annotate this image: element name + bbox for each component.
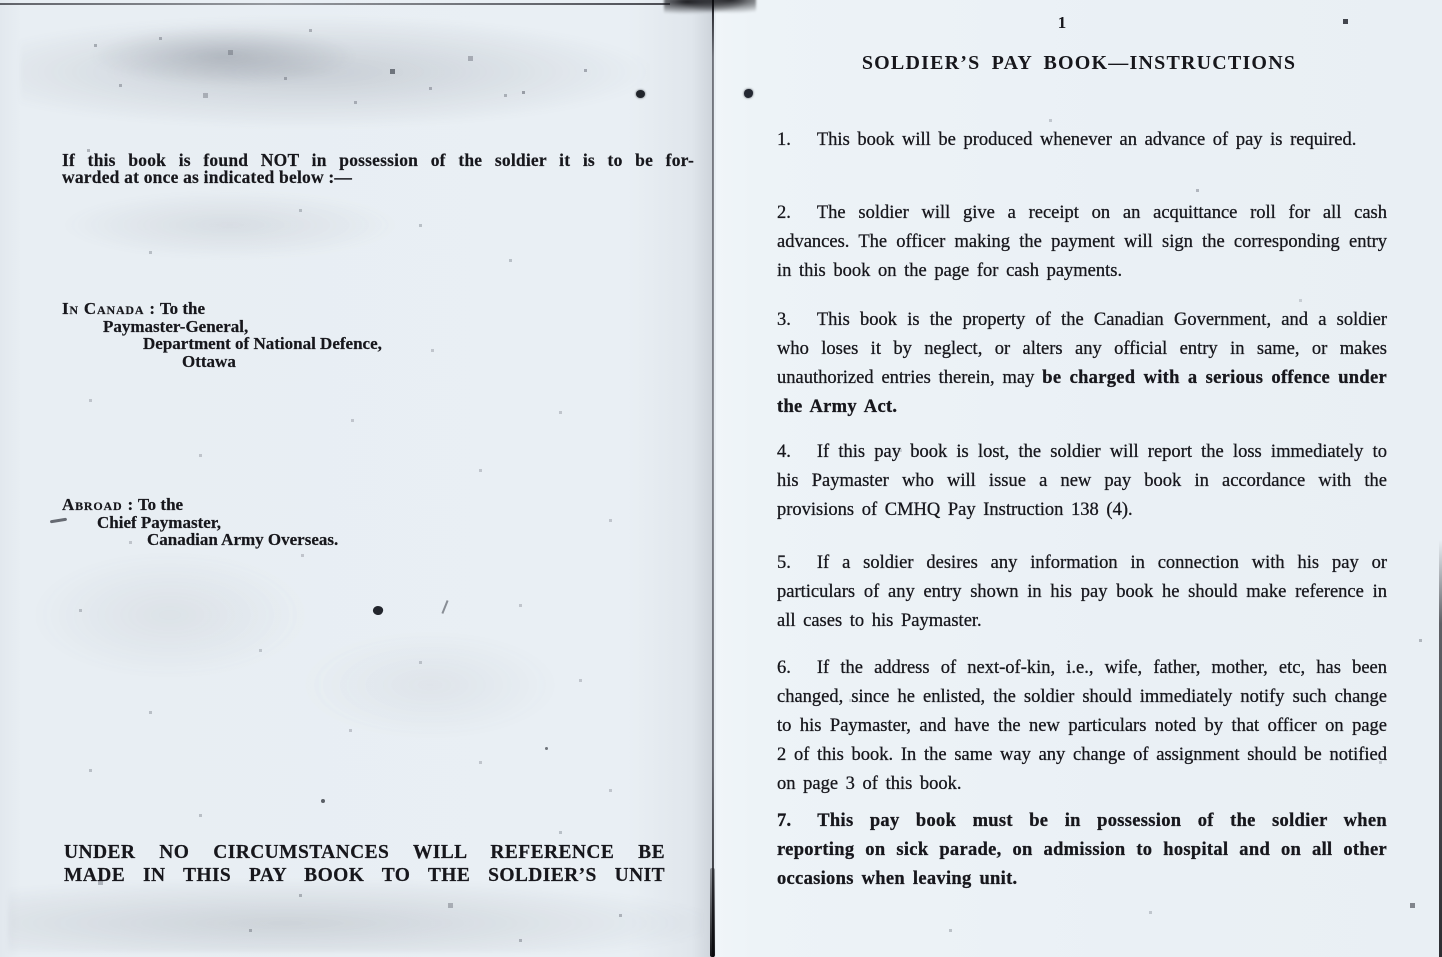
- canada-address-line: Ottawa: [182, 353, 382, 371]
- paragraph-text: The soldier will give a receipt on an ac…: [777, 203, 1387, 281]
- canada-address-line: In Canada : To the: [62, 300, 382, 318]
- scanner-noise-specks: [0, 0, 1, 1]
- abroad-label: Abroad :: [62, 495, 134, 514]
- canada-to: To the: [160, 299, 205, 318]
- page-top-edge-line: [0, 3, 670, 5]
- book-gutter-crease: [712, 0, 714, 957]
- paragraph-number: 2.: [777, 203, 817, 223]
- forwarding-notice-line: warded at once as indicated below :—: [62, 169, 694, 186]
- book-gutter-crease-bottom: [710, 868, 715, 957]
- abroad-to: To the: [138, 495, 183, 514]
- paragraph-text: If the address of next-of-kin, i.e., wif…: [777, 658, 1387, 794]
- instructions-list: 1.This book will be produced whenever an…: [777, 126, 1387, 894]
- canada-label: In Canada :: [62, 299, 156, 318]
- paragraph-number: 3.: [777, 310, 817, 330]
- gutter-ink-blob: [664, 0, 756, 16]
- forwarding-notice: If this book is found NOT in possession …: [62, 152, 694, 186]
- page-title: SOLDIER’S PAY BOOK—INSTRUCTIONS: [716, 52, 1442, 75]
- abroad-address-line: Abroad : To the: [62, 496, 338, 514]
- instruction-paragraph-3: 3.This book is the property of the Canad…: [777, 306, 1387, 422]
- paragraph-number: 1.: [777, 130, 817, 150]
- pay-book-scan: If this book is found NOT in possession …: [0, 0, 1442, 957]
- unit-reference-warning-line: MADE IN THIS PAY BOOK TO THE SOLDIER’S U…: [64, 864, 665, 887]
- instruction-paragraph-1: 1.This book will be produced whenever an…: [777, 126, 1387, 155]
- abroad-address-line: Canadian Army Overseas.: [147, 531, 338, 549]
- paragraph-bold-text: This pay book must be in possession of t…: [777, 811, 1387, 889]
- unit-reference-warning-line: UNDER NO CIRCUMSTANCES WILL REFERENCE BE: [64, 841, 665, 864]
- canada-address-line: Paymaster-General,: [103, 318, 382, 336]
- abroad-address-line: Chief Paymaster,: [97, 514, 338, 532]
- paragraph-number: 5.: [777, 553, 817, 573]
- instruction-paragraph-6: 6.If the address of next-of-kin, i.e., w…: [777, 654, 1387, 799]
- canada-address-line: Department of National Defence,: [143, 335, 382, 353]
- instruction-paragraph-7: 7.This pay book must be in possession of…: [777, 807, 1387, 894]
- ink-spot: [636, 90, 645, 98]
- paragraph-text: If this pay book is lost, the soldier wi…: [777, 442, 1387, 520]
- unit-reference-warning: UNDER NO CIRCUMSTANCES WILL REFERENCE BE…: [64, 841, 665, 887]
- instruction-paragraph-4: 4.If this pay book is lost, the soldier …: [777, 438, 1387, 525]
- left-page: [0, 0, 713, 957]
- paragraph-number: 6.: [777, 658, 817, 678]
- paragraph-text: If a soldier desires any information in …: [777, 553, 1387, 631]
- page-number: 1: [1047, 13, 1077, 33]
- ink-spot: [545, 747, 548, 750]
- instruction-paragraph-2: 2.The soldier will give a receipt on an …: [777, 199, 1387, 286]
- instruction-paragraph-5: 5.If a soldier desires any information i…: [777, 549, 1387, 636]
- paragraph-number: 7.: [777, 811, 817, 831]
- abroad-address: Abroad : To the Chief Paymaster, Canadia…: [62, 496, 338, 549]
- canada-address: In Canada : To the Paymaster-General, De…: [62, 300, 382, 370]
- paragraph-text: This book will be produced whenever an a…: [817, 130, 1357, 150]
- ink-spot: [321, 799, 325, 803]
- paragraph-number: 4.: [777, 442, 817, 462]
